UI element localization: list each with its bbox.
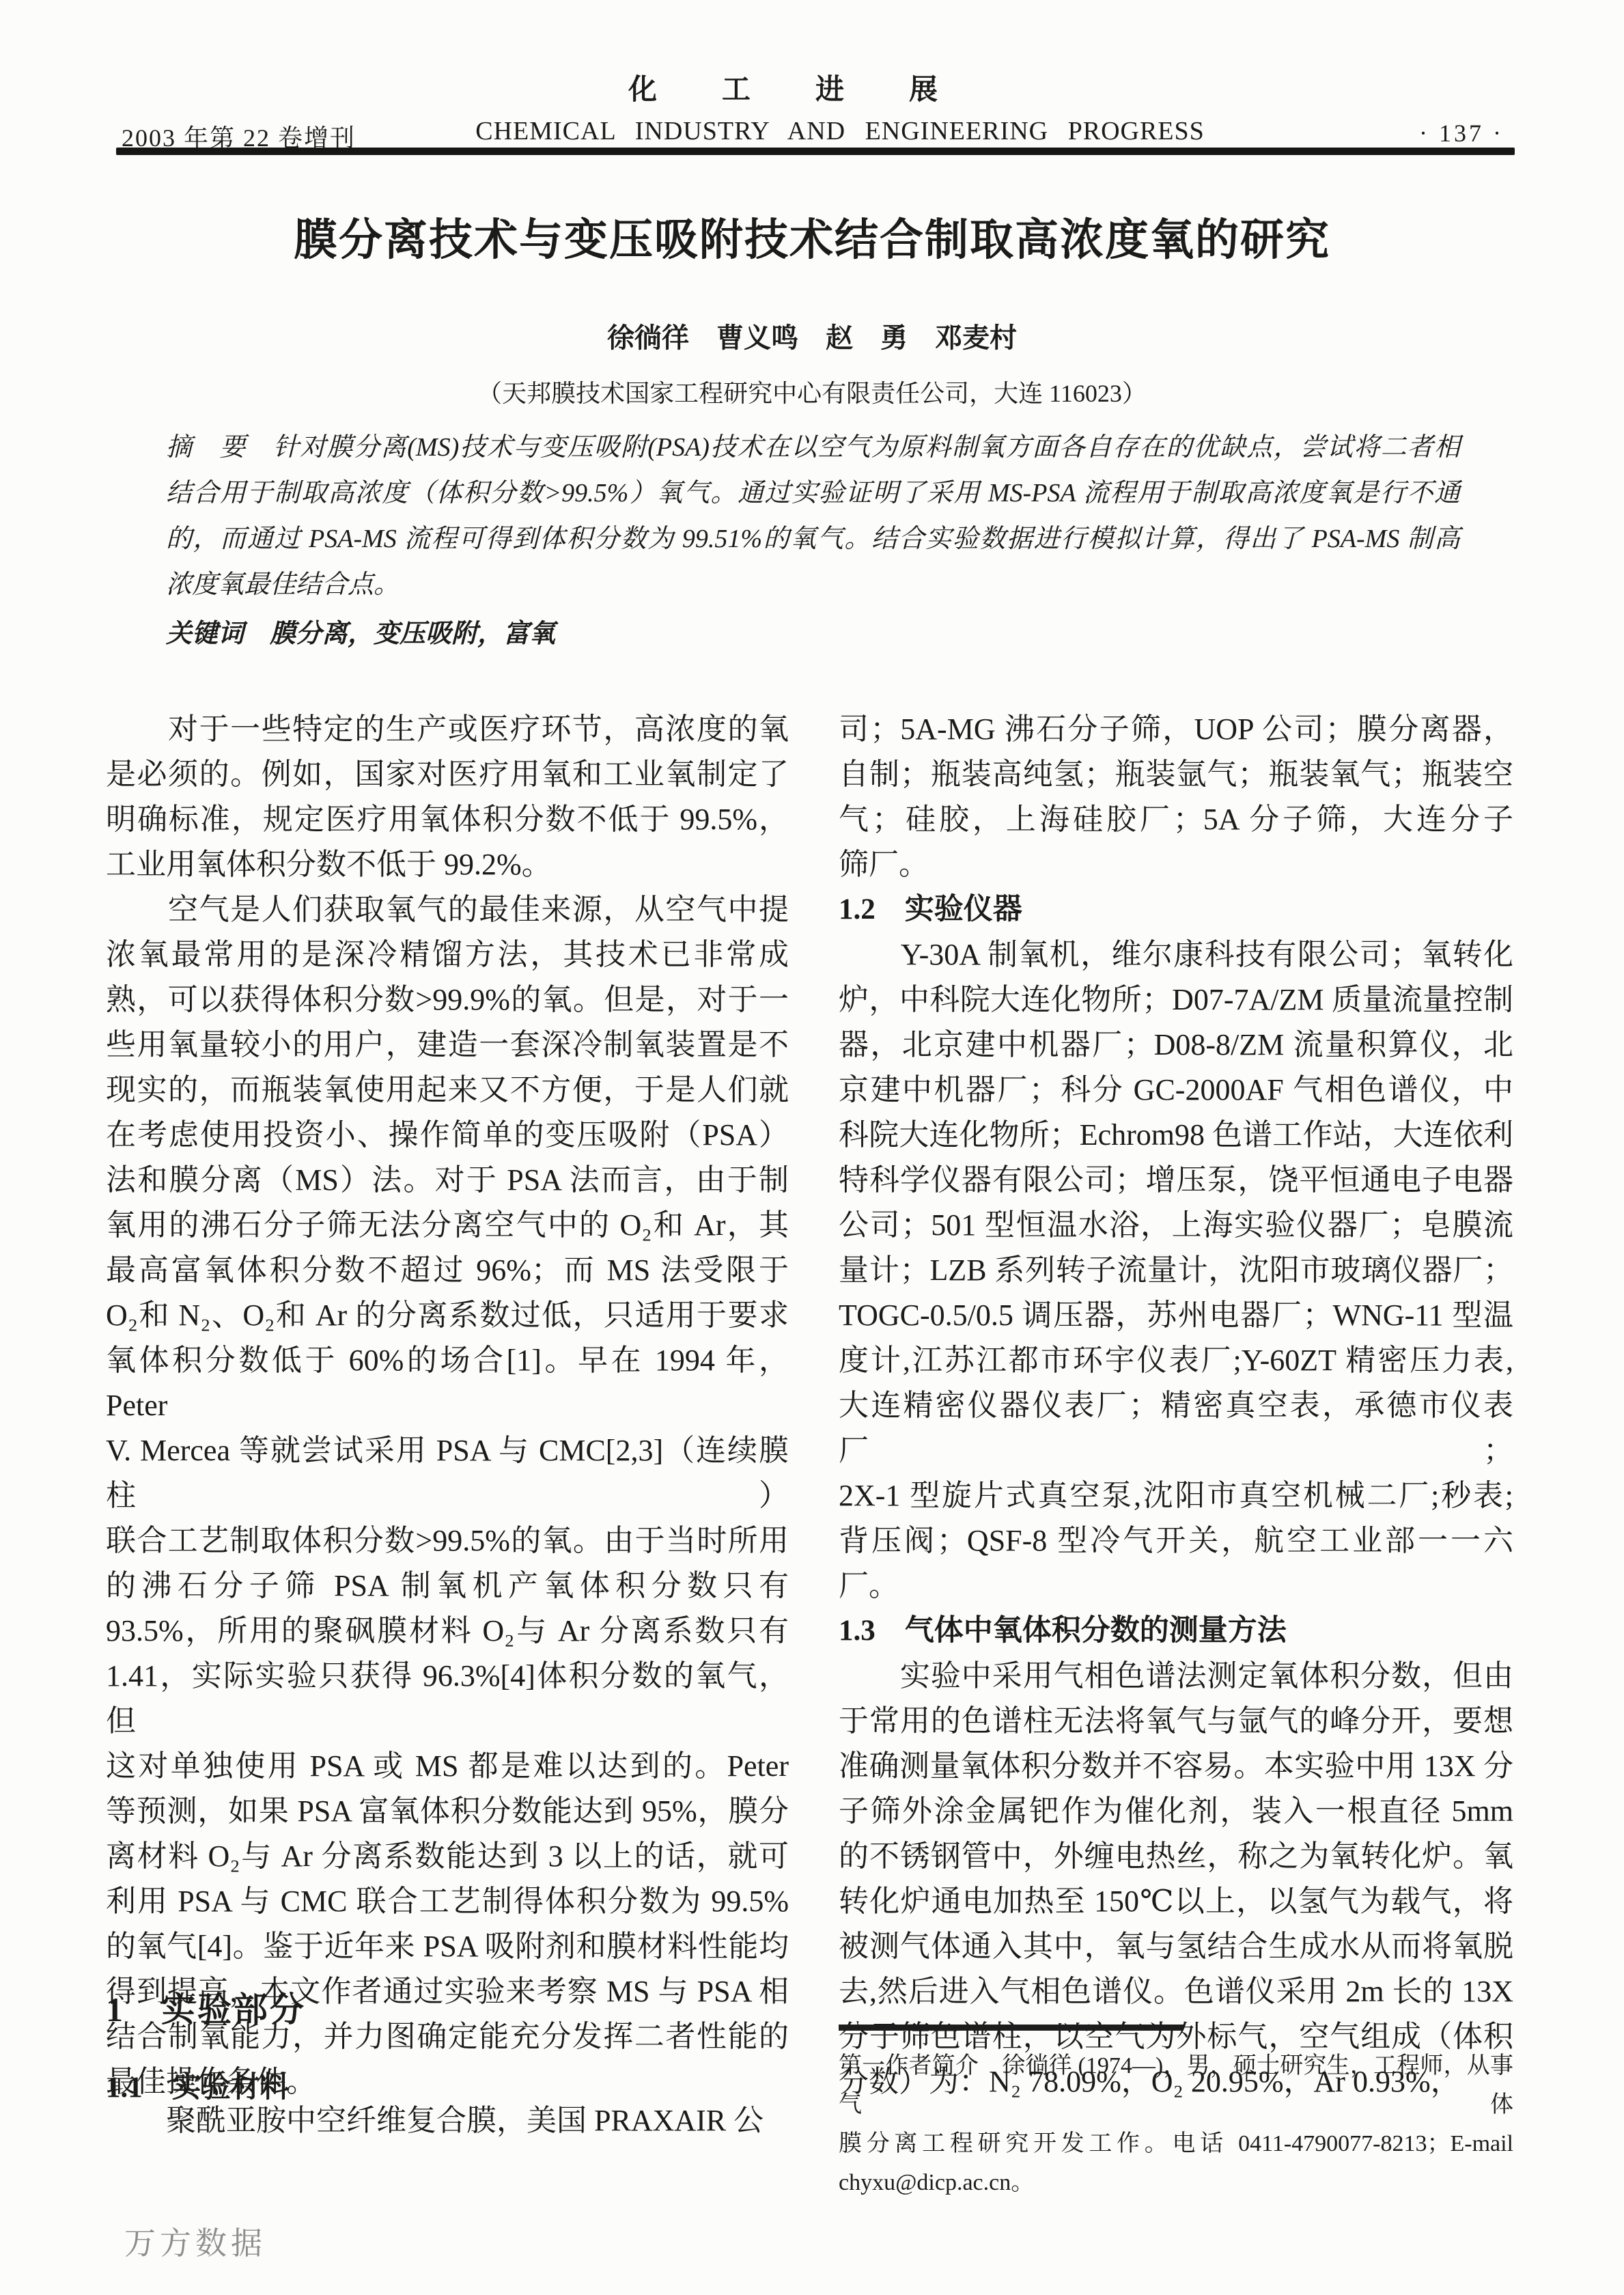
text-line: 背压阀；QSF-8 型冷气开关，航空工业部一一六厂。 [839,1518,1513,1609]
text-line: 炉，中科院大连化物所；D07-7A/ZM 质量流量控制 [839,977,1513,1023]
text-line: 聚酰亚胺中空纤维复合膜，美国 PRAXAIR 公 [106,2098,789,2143]
abstract-line: 的，而通过 PSA-MS 流程可得到体积分数为 99.51%的氧气。结合实验数据… [166,516,1460,562]
text-line: 最高富氧体积分数不超过 96%；而 MS 法受限于 [106,1248,789,1293]
text-line: 气；硅胶，上海硅胶厂；5A 分子筛，大连分子 [839,797,1513,842]
text-line: 1.41，实际实验只获得 96.3%[4]体积分数的氧气，但 [106,1654,789,1744]
affiliation: （天邦膜技术国家工程研究中心有限责任公司，大连 116023） [0,374,1624,409]
journal-title-english: CHEMICAL INDUSTRY AND ENGINEERING PROGRE… [437,116,1243,146]
text-line: 在考虑使用投资小、操作简单的变压吸附（PSA） [106,1113,789,1158]
article-title: 膜分离技术与变压吸附技术结合制取高浓度氧的研究 [0,205,1624,268]
abstract-line: 浓度氧最佳结合点。 [166,562,1460,608]
text-line: 工业用氧体积分数不低于 99.2%。 [106,842,789,887]
text-line: 是必须的。例如，国家对医疗用氧和工业氧制定了 [106,752,789,797]
text-line: 子筛外涂金属钯作为催化剂，装入一根直径 5mm [839,1789,1513,1834]
text-line: 司；5A-MG 沸石分子筛，UOP 公司；膜分离器， [839,707,1513,752]
text-line: 度计,江苏江都市环宇仪表厂;Y-60ZT 精密压力表, [839,1338,1513,1383]
text-line: 京建中机器厂；科分 GC-2000AF 气相色谱仪，中 [839,1068,1513,1113]
text-line: 法和膜分离（MS）法。对于 PSA 法而言，由于制 [106,1158,789,1203]
first-author-footnote: 第一作者简介 徐徜徉 (1974—)，男，硕士研究生，工程师，从事气体膜分离工程… [839,2046,1513,2202]
text-line: 公司；501 型恒温水浴，上海实验仪器厂；皂膜流 [839,1203,1513,1248]
text-line: 量计；LZB 系列转子流量计，沈阳市玻璃仪器厂； [839,1248,1513,1293]
page-number: · 137 · [1419,119,1504,148]
text-line: 科院大连化物所；Echrom98 色谱工作站，大连依利 [839,1113,1513,1158]
right-paragraph-1: Y-30A 制氧机，维尔康科技有限公司；氧转化炉，中科院大连化物所；D07-7A… [839,932,1513,1609]
left-paragraph-2: 空气是人们获取氧气的最佳来源，从空气中提浓氧最常用的是深冷精馏方法，其技术已非常… [106,887,789,2104]
right-column: 司；5A-MG 沸石分子筛，UOP 公司；膜分离器，自制；瓶装高纯氢；瓶装氩气；… [839,707,1513,2104]
section-1-2-heading: 1.2 实验仪器 [839,887,1513,932]
left-paragraph-1: 对于一些特定的生产或医疗环节，高浓度的氧是必须的。例如，国家对医疗用氧和工业氧制… [106,707,789,887]
abstract: 摘 要 针对膜分离(MS)技术与变压吸附(PSA)技术在以空气为原料制氧方面各自… [166,425,1460,608]
keywords-line: 关键词 膜分离，变压吸附，富氧 [166,612,1460,650]
abstract-line: 结合用于制取高浓度（体积分数>99.5%）氧气。通过实验证明了采用 MS-PSA… [166,471,1460,516]
section-1-3-heading: 1.3 气体中氧体积分数的测量方法 [839,1609,1513,1654]
footnote-line: chyxu@dicp.ac.cn。 [839,2163,1513,2202]
text-line: 离材料 O₂与 Ar 分离系数能达到 3 以上的话，就可 [106,1834,789,1879]
authors: 徐徜徉 曹义鸣 赵 勇 邓麦村 [0,316,1624,355]
text-line: 被测气体通入其中，氧与氢结合生成水从而将氧脱 [839,1924,1513,1969]
text-line: 空气是人们获取氧气的最佳来源，从空气中提 [106,887,789,932]
abstract-line: 摘 要 针对膜分离(MS)技术与变压吸附(PSA)技术在以空气为原料制氧方面各自… [166,425,1460,471]
text-line: 2X-1 型旋片式真空泵,沈阳市真空机械二厂;秒表; [839,1473,1513,1518]
header-rule [116,148,1515,155]
text-line: O₂和 N₂、O₂和 Ar 的分离系数过低，只适用于要求 [106,1293,789,1338]
text-line: 去,然后进入气相色谱仪。色谱仪采用 2m 长的 13X [839,1969,1513,2014]
right-continuation-paragraph: 司；5A-MG 沸石分子筛，UOP 公司；膜分离器，自制；瓶装高纯氢；瓶装氩气；… [839,707,1513,887]
text-line: 浓氧最常用的是深冷精馏方法，其技术已非常成 [106,932,789,977]
text-line: 氧体积分数低于 60%的场合[1]。早在 1994 年，Peter [106,1338,789,1428]
text-line: 对于一些特定的生产或医疗环节，高浓度的氧 [106,707,789,752]
text-line: 些用氧量较小的用户，建造一套深冷制氧装置是不 [106,1023,789,1068]
left-paragraph-3: 聚酰亚胺中空纤维复合膜，美国 PRAXAIR 公 [106,2098,789,2143]
text-line: 熟，可以获得体积分数>99.9%的氧。但是，对于一 [106,977,789,1023]
footnote-line: 膜分离工程研究开发工作。电话 0411-4790077-8213；E-mail [839,2124,1513,2163]
journal-title-chinese: 化工进展 [628,67,1003,108]
text-line: 特科学仪器有限公司；增压泵，饶平恒通电子电器 [839,1158,1513,1203]
footnote-rule [839,2025,1184,2031]
text-line: 联合工艺制取体积分数>99.5%的氧。由于当时所用 [106,1518,789,1563]
text-line: 现实的，而瓶装氧使用起来又不方便，于是人们就 [106,1068,789,1113]
left-column: 对于一些特定的生产或医疗环节，高浓度的氧是必须的。例如，国家对医疗用氧和工业氧制… [106,707,789,2104]
text-line: 的沸石分子筛 PSA 制氧机产氧体积分数只有 [106,1563,789,1609]
wanfang-watermark: 万方数据 [124,2218,266,2264]
text-line: 于常用的色谱柱无法将氧气与氩气的峰分开，要想 [839,1699,1513,1744]
scanned-paper-page: 2003 年第 22 卷增刊 化工进展 CHEMICAL INDUSTRY AN… [0,0,1624,2295]
text-line: 自制；瓶装高纯氢；瓶装氩气；瓶装氧气；瓶装空 [839,752,1513,797]
text-line: 的不锈钢管中，外缠电热丝，称之为氧转化炉。氧 [839,1834,1513,1879]
right-paragraph-2: 实验中采用气相色谱法测定氧体积分数，但由于常用的色谱柱无法将氧气与氩气的峰分开，… [839,1654,1513,2104]
text-line: 实验中采用气相色谱法测定氧体积分数，但由 [839,1654,1513,1699]
section-1-heading: 1 实验部分 [106,1982,306,2031]
text-line: 准确测量氧体积分数并不容易。本实验中用 13X 分 [839,1744,1513,1789]
text-line: 大连精密仪器仪表厂；精密真空表，承德市仪表厂； [839,1383,1513,1473]
text-line: TOGC-0.5/0.5 调压器，苏州电器厂；WNG-11 型温 [839,1293,1513,1338]
text-line: 等预测，如果 PSA 富氧体积分数能达到 95%，膜分 [106,1789,789,1834]
text-line: 转化炉通电加热至 150℃以上，以氢气为载气，将 [839,1879,1513,1924]
text-line: 明确标准，规定医疗用氧体积分数不低于 99.5%， [106,797,789,842]
footnote-line: 第一作者简介 徐徜徉 (1974—)，男，硕士研究生，工程师，从事气体 [839,2046,1513,2124]
text-line: 的氧气[4]。鉴于近年来 PSA 吸附剂和膜材料性能均 [106,1924,789,1969]
text-line: 利用 PSA 与 CMC 联合工艺制得体积分数为 99.5% [106,1879,789,1924]
text-line: 这对单独使用 PSA 或 MS 都是难以达到的。Peter [106,1744,789,1789]
text-line: Y-30A 制氧机，维尔康科技有限公司；氧转化 [839,932,1513,977]
text-line: 氧用的沸石分子筛无法分离空气中的 O₂和 Ar，其 [106,1203,789,1248]
text-line: 器，北京建中机器厂；D08-8/ZM 流量积算仪，北 [839,1023,1513,1068]
text-line: V. Mercea 等就尝试采用 PSA 与 CMC[2,3]（连续膜柱） [106,1428,789,1518]
text-line: 93.5%，所用的聚砜膜材料 O₂与 Ar 分离系数只有 [106,1609,789,1654]
text-line: 筛厂。 [839,842,1513,887]
